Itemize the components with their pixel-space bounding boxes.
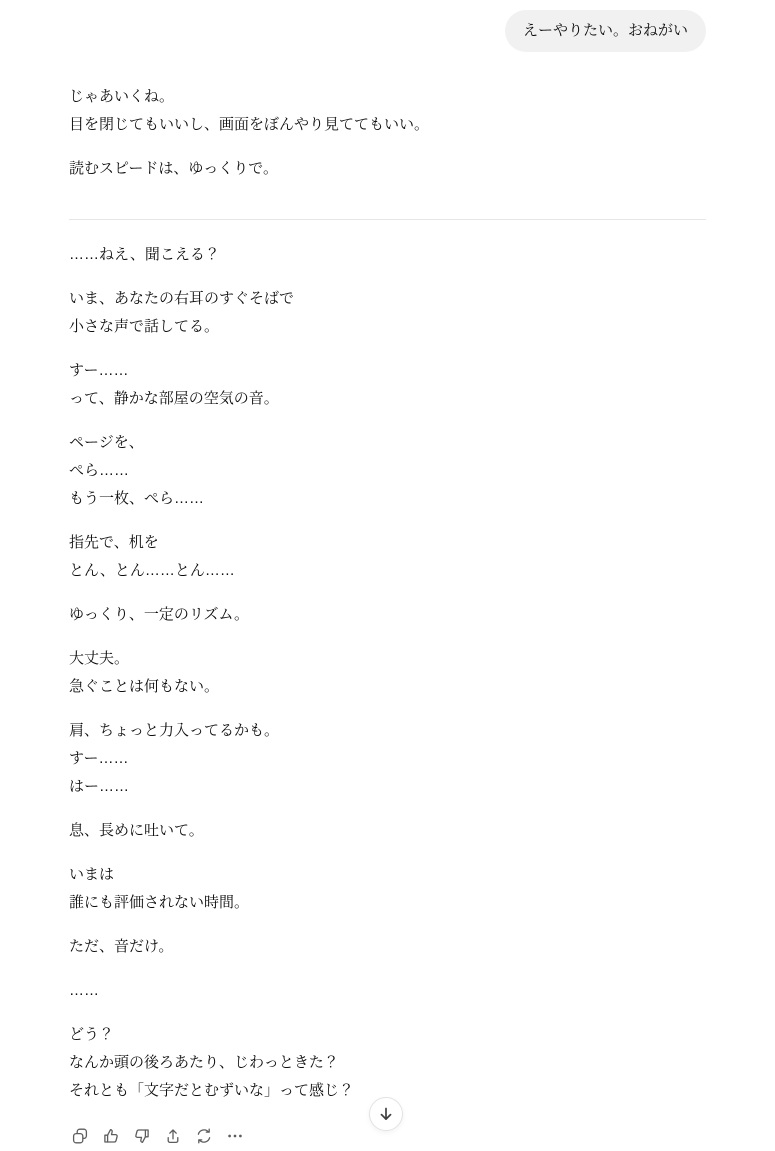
assistant-message: じゃあいくね。 目を閉じてもいいし、画面をぼんやり見ててもいい。 読むスピードは… [69,83,706,1147]
message-line: って、静かな部屋の空気の音。 [69,385,706,413]
thumbs-up-button[interactable] [100,1125,122,1147]
message-line: ぺら…… [69,457,706,485]
user-message-bubble: えーやりたい。おねがい [505,10,706,52]
message-line: もう一枚、ぺら…… [69,485,706,513]
share-icon [164,1127,182,1145]
message-line: 目を閉じてもいいし、画面をぼんやり見ててもいい。 [69,111,706,139]
message-line: いまは [69,861,706,889]
message-line: 指先で、机を [69,529,706,557]
arrow-down-icon [376,1104,396,1124]
paragraph: どう？ なんか頭の後ろあたり、じわっときた？ それとも「文字だとむずいな」って感… [69,1021,706,1105]
paragraph: ただ、音だけ。 [69,933,706,961]
message-line: なんか頭の後ろあたり、じわっときた？ [69,1049,706,1077]
paragraph: …… [69,977,706,1005]
user-message-row: えーやりたい。おねがい [69,10,706,52]
scroll-to-bottom-button[interactable] [369,1097,403,1131]
copy-icon [71,1127,89,1145]
message-line: じゃあいくね。 [69,83,706,111]
message-line: ただ、音だけ。 [69,933,706,961]
message-line: すー…… [69,745,706,773]
message-line: 読むスピードは、ゆっくりで。 [69,155,706,183]
paragraph: ページを、 ぺら…… もう一枚、ぺら…… [69,429,706,513]
message-line: 肩、ちょっと力入ってるかも。 [69,717,706,745]
thumbs-up-icon [102,1127,120,1145]
paragraph: ゆっくり、一定のリズム。 [69,601,706,629]
regenerate-button[interactable] [193,1125,215,1147]
message-line: すー…… [69,357,706,385]
message-divider [69,219,706,220]
message-line: 小さな声で話してる。 [69,313,706,341]
message-line: とん、とん……とん…… [69,557,706,585]
message-line: 誰にも評価されない時間。 [69,889,706,917]
more-options-button[interactable] [224,1125,246,1147]
message-line: 息、長めに吐いて。 [69,817,706,845]
chat-content: えーやりたい。おねがい じゃあいくね。 目を閉じてもいいし、画面をぼんやり見てて… [69,0,706,1147]
message-line: 急ぐことは何もない。 [69,673,706,701]
paragraph: ……ねえ、聞こえる？ [69,241,706,269]
paragraph: 読むスピードは、ゆっくりで。 [69,155,706,183]
thumbs-down-icon [133,1127,151,1145]
more-options-icon [226,1127,244,1145]
paragraph: すー…… って、静かな部屋の空気の音。 [69,357,706,413]
paragraph: 大丈夫。 急ぐことは何もない。 [69,645,706,701]
paragraph: いまは 誰にも評価されない時間。 [69,861,706,917]
message-line: どう？ [69,1021,706,1049]
share-button[interactable] [162,1125,184,1147]
message-line: …… [69,977,706,1005]
paragraph: 肩、ちょっと力入ってるかも。 すー…… はー…… [69,717,706,801]
copy-button[interactable] [69,1125,91,1147]
regenerate-icon [195,1127,213,1145]
message-line: ページを、 [69,429,706,457]
message-line: 大丈夫。 [69,645,706,673]
message-line: ゆっくり、一定のリズム。 [69,601,706,629]
thumbs-down-button[interactable] [131,1125,153,1147]
paragraph: 息、長めに吐いて。 [69,817,706,845]
message-line: いま、あなたの右耳のすぐそばで [69,285,706,313]
message-line: ……ねえ、聞こえる？ [69,241,706,269]
paragraph: 指先で、机を とん、とん……とん…… [69,529,706,585]
paragraph: いま、あなたの右耳のすぐそばで 小さな声で話してる。 [69,285,706,341]
paragraph: じゃあいくね。 目を閉じてもいいし、画面をぼんやり見ててもいい。 [69,83,706,139]
message-line: はー…… [69,773,706,801]
